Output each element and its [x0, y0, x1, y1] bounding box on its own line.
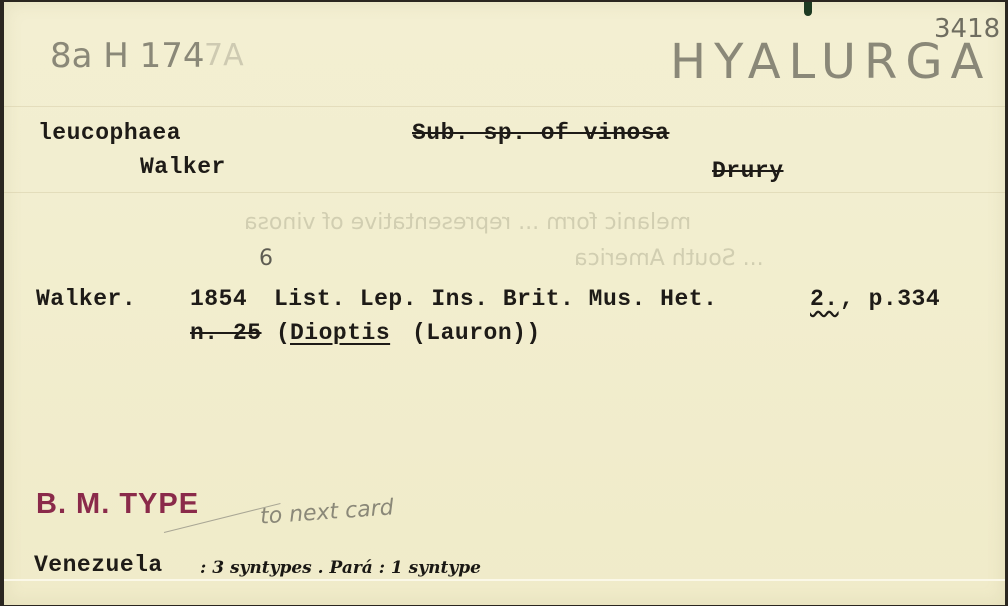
catalog-number-faint: 7A: [204, 38, 244, 73]
bleed-through-line-1: melanic form ... representative of vinos…: [244, 210, 691, 235]
citation-year: 1854: [190, 286, 247, 312]
index-card: 8a H 174 7A HYALURGA 3418 leucophaea Wal…: [4, 2, 1005, 605]
bm-type-stamp: B. M. TYPE: [36, 488, 199, 521]
struck-status: Sub. sp. of vinosa: [412, 120, 669, 146]
species-name: leucophaea: [38, 120, 181, 146]
struck-number: n. 25: [190, 320, 262, 346]
catalog-number: 8a H 174: [50, 36, 205, 76]
card-rule: [4, 106, 1005, 107]
struck-author: Drury: [712, 158, 784, 184]
card-rule: [4, 192, 1005, 193]
pencil-note: to next card: [259, 495, 394, 529]
original-genus: Dioptis: [290, 320, 390, 346]
bleed-through-line-2: ... South America: [574, 246, 764, 271]
original-genus-open: (: [276, 320, 290, 346]
citation-volume: 2.: [810, 286, 839, 312]
species-author: Walker: [140, 154, 226, 180]
tab-marker: [804, 2, 812, 16]
type-material-note: : 3 syntypes . Pará : 1 syntype: [200, 558, 481, 578]
inserted-correction: 6: [259, 246, 273, 271]
locality-label: Venezuela: [34, 552, 163, 578]
citation-page: , p.334: [840, 286, 940, 312]
citation-author: Walker.: [36, 286, 136, 312]
scan-artifact-line: [4, 579, 1005, 581]
citation-publication: List. Lep. Ins. Brit. Mus. Het.: [274, 286, 717, 312]
card-number: 3418: [934, 14, 1000, 44]
original-subgenus: (Lauron)): [412, 320, 541, 346]
